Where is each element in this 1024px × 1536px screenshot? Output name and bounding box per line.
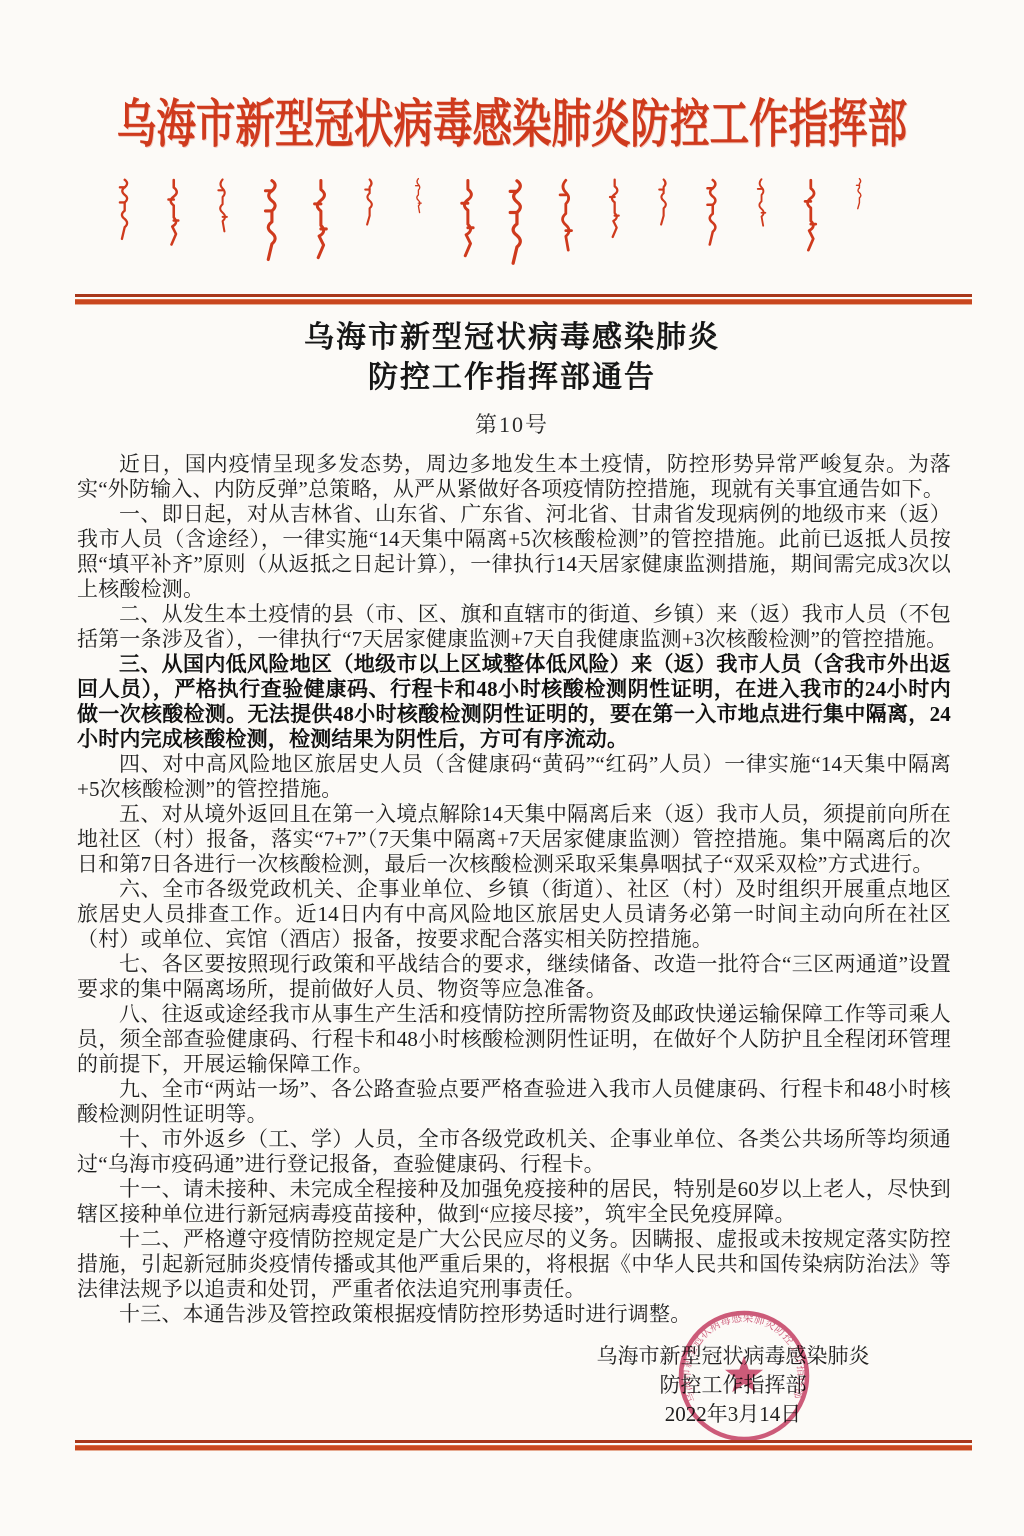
official-seal: 乌海市新型冠状病毒感染肺炎防控工作指挥部 — [674, 1306, 814, 1446]
seal-arc-text: 乌海市新型冠状病毒感染肺炎防控工作指挥部 — [679, 1309, 810, 1405]
svg-text:乌海市新型冠状病毒感染肺炎防控工作指挥部: 乌海市新型冠状病毒感染肺炎防控工作指挥部 — [679, 1309, 810, 1405]
notice-paragraph: 十二、严格遵守疫情防控规定是广大公民应尽的义务。因瞒报、虚报或未按规定落实防控措… — [77, 1227, 951, 1302]
notice-title-line1: 乌海市新型冠状病毒感染肺炎 — [0, 318, 1024, 358]
notice-paragraph: 八、往返或途经我市从事生产生活和疫情防控所需物资及邮政快递运输保障工作等司乘人员… — [77, 1002, 951, 1077]
footer-divider-line — [75, 1440, 972, 1451]
header-divider-line — [75, 294, 972, 305]
notice-paragraph: 十、市外返乡（工、学）人员，全市各级党政机关、企事业单位、各类公共场所等均须通过… — [77, 1127, 951, 1177]
notice-paragraph: 五、对从境外返回且在第一入境点解除14天集中隔离后来（返）我市人员，须提前向所在… — [77, 802, 951, 877]
notice-paragraph: 十一、请未接种、未完成全程接种及加强免疫接种的居民，特别是60岁以上老人，尽快到… — [77, 1177, 951, 1227]
letterhead-org-title-text: 乌海市新型冠状病毒感染肺炎防控工作指挥部 — [117, 82, 907, 157]
notice-number: 第10号 — [0, 408, 1024, 439]
seal-star-icon — [725, 1356, 763, 1392]
notice-paragraph: 二、从发生本土疫情的县（市、区、旗和直辖市的街道、乡镇）来（返）我市人员（不包括… — [77, 602, 951, 652]
mongolian-script-decoration — [112, 177, 912, 271]
notice-body: 近日，国内疫情呈现多发态势，周边多地发生本土疫情，防控形势异常严峻复杂。为落实“… — [77, 452, 951, 1327]
notice-paragraph: 九、全市“两站一场”、各公路查验点要严格查验进入我市人员健康码、行程卡和48小时… — [77, 1077, 951, 1127]
letterhead-org-title: 乌海市新型冠状病毒感染肺炎防控工作指挥部 — [0, 82, 1024, 157]
notice-paragraph: 近日，国内疫情呈现多发态势，周边多地发生本土疫情，防控形势异常严峻复杂。为落实“… — [77, 452, 951, 502]
notice-paragraph: 七、各区要按照现行政策和平战结合的要求，继续储备、改造一批符合“三区两通道”设置… — [77, 952, 951, 1002]
notice-paragraph: 十三、本通告涉及管控政策根据疫情防控形势适时进行调整。 — [77, 1302, 951, 1327]
notice-document-page: 乌海市新型冠状病毒感染肺炎防控工作指挥部 — [0, 0, 1024, 1536]
notice-title: 乌海市新型冠状病毒感染肺炎 防控工作指挥部通告 — [0, 318, 1024, 398]
notice-paragraph: 一、即日起，对从吉林省、山东省、广东省、河北省、甘肃省发现病例的地级市来（返）我… — [77, 502, 951, 602]
notice-paragraph: 四、对中高风险地区旅居史人员（含健康码“黄码”“红码”人员）一律实施“14天集中… — [77, 752, 951, 802]
notice-paragraph: 六、全市各级党政机关、企事业单位、乡镇（街道）、社区（村）及时组织开展重点地区旅… — [77, 877, 951, 952]
notice-title-line2: 防控工作指挥部通告 — [0, 358, 1024, 398]
notice-paragraph: 三、从国内低风险地区（地级市以上区域整体低风险）来（返）我市人员（含我市外出返回… — [77, 652, 951, 752]
